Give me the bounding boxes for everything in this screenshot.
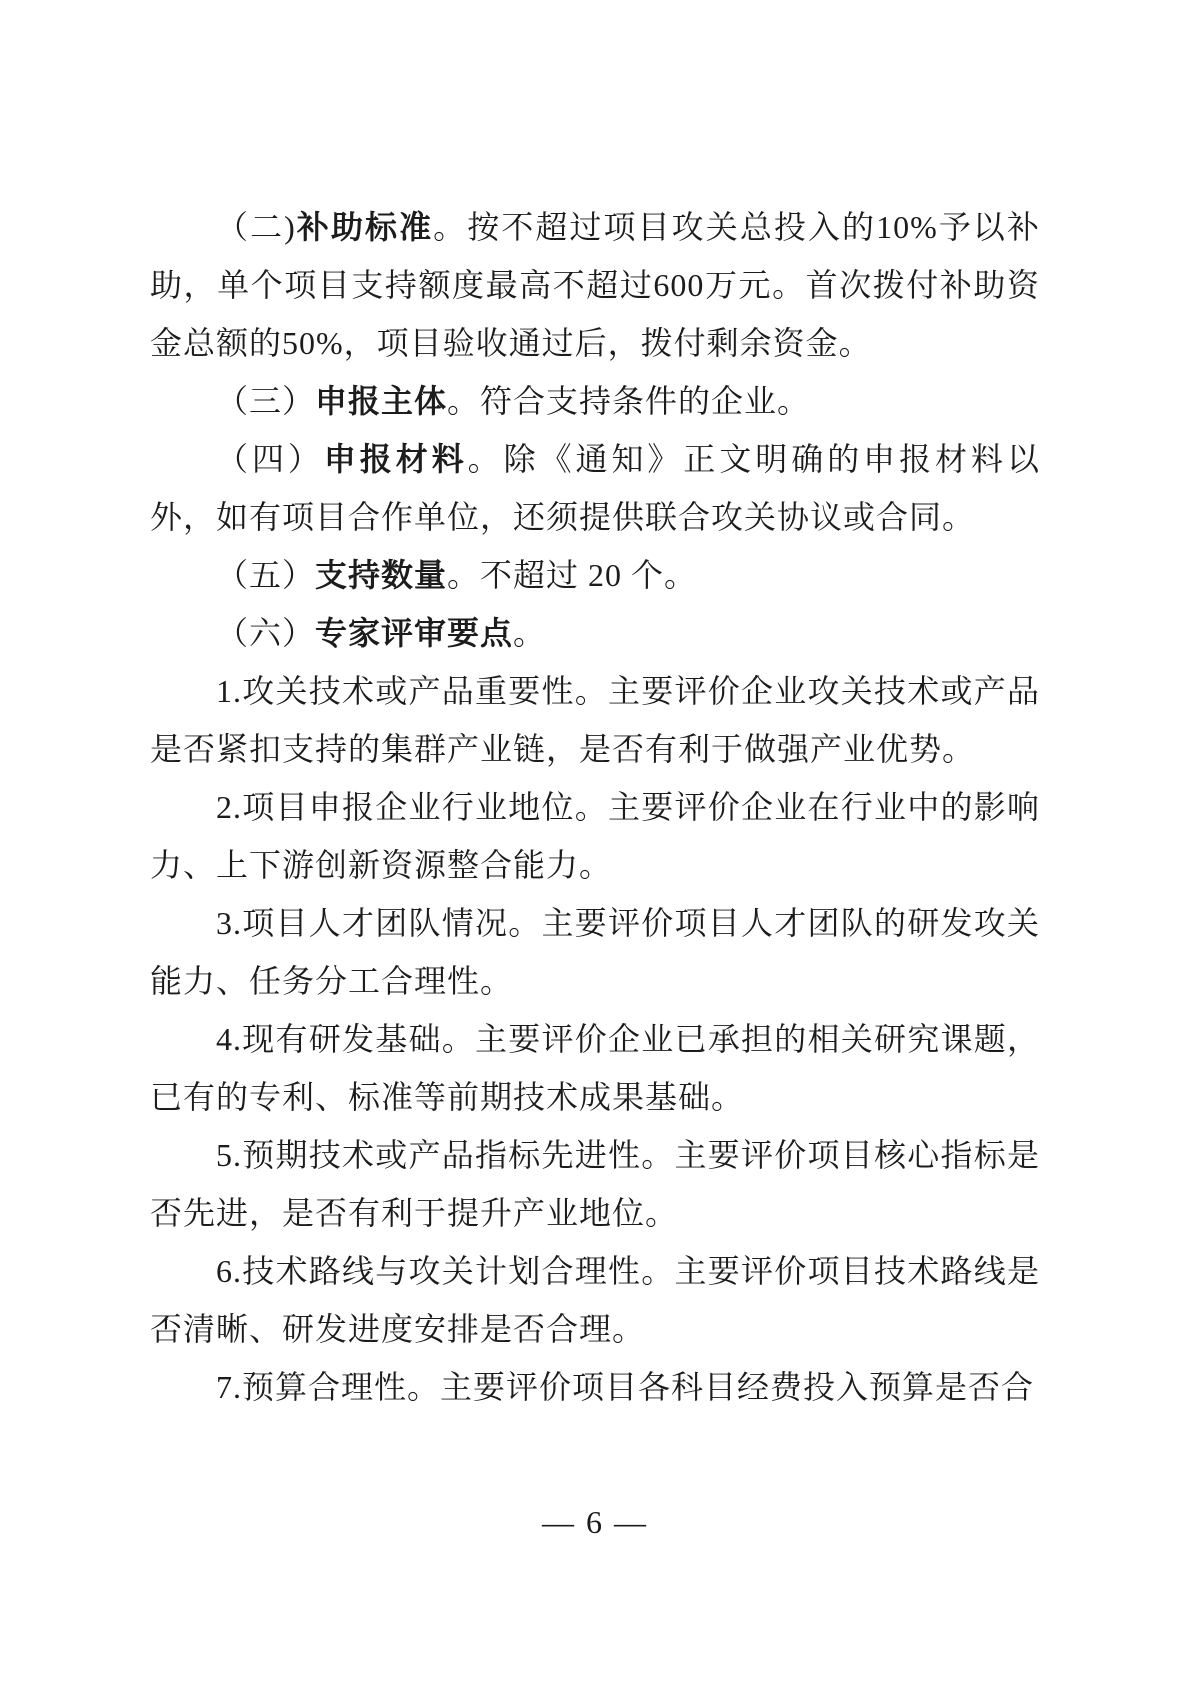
- text-run: 2.项目申报企业行业地位。主要评价企业在行业中的影响力、上下游创新资源整合能力。: [150, 789, 1040, 883]
- text-run: （四）: [216, 441, 324, 477]
- heading-run: 申报材料: [324, 441, 468, 477]
- paragraph-sec-5-quantity: （五）支持数量。不超过 20 个。: [150, 546, 1040, 604]
- paragraph-point-3: 3.项目人才团队情况。主要评价项目人才团队的研发攻关能力、任务分工合理性。: [150, 894, 1040, 1010]
- document-page: （二)补助标准。按不超过项目攻关总投入的10%予以补助，单个项目支持额度最高不超…: [0, 0, 1190, 1683]
- paragraph-point-5: 5.预期技术或产品指标先进性。主要评价项目核心指标是否先进，是否有利于提升产业地…: [150, 1126, 1040, 1242]
- paragraph-sec-6-review-points: （六）专家评审要点。: [150, 604, 1040, 662]
- text-run: （三）: [216, 383, 315, 419]
- paragraph-sec-4-materials: （四）申报材料。除《通知》正文明确的申报材料以外，如有项目合作单位，还须提供联合…: [150, 430, 1040, 546]
- text-run: （六）: [216, 615, 315, 651]
- heading-run: 补助标准: [296, 209, 433, 245]
- text-run: 4.现有研发基础。主要评价企业已承担的相关研究课题，已有的专利、标准等前期技术成…: [150, 1021, 1040, 1115]
- paragraph-sec-2-subsidy-standard: （二)补助标准。按不超过项目攻关总投入的10%予以补助，单个项目支持额度最高不超…: [150, 198, 1040, 372]
- paragraph-point-1: 1.攻关技术或产品重要性。主要评价企业攻关技术或产品是否紧扣支持的集群产业链，是…: [150, 662, 1040, 778]
- text-run: 。不超过 20 个。: [447, 557, 697, 593]
- text-run: 3.项目人才团队情况。主要评价项目人才团队的研发攻关能力、任务分工合理性。: [150, 905, 1040, 999]
- text-run: 5.预期技术或产品指标先进性。主要评价项目核心指标是否先进，是否有利于提升产业地…: [150, 1137, 1040, 1231]
- paragraph-point-2: 2.项目申报企业行业地位。主要评价企业在行业中的影响力、上下游创新资源整合能力。: [150, 778, 1040, 894]
- text-run: 6.技术路线与攻关计划合理性。主要评价项目技术路线是否清晰、研发进度安排是否合理…: [150, 1253, 1040, 1347]
- paragraph-sec-3-applicant: （三）申报主体。符合支持条件的企业。: [150, 372, 1040, 430]
- text-run: （五）: [216, 557, 315, 593]
- text-run: 1.攻关技术或产品重要性。主要评价企业攻关技术或产品是否紧扣支持的集群产业链，是…: [150, 673, 1040, 767]
- text-run: 。符合支持条件的企业。: [447, 383, 810, 419]
- text-run: 。: [513, 615, 546, 651]
- document-body: （二)补助标准。按不超过项目攻关总投入的10%予以补助，单个项目支持额度最高不超…: [150, 198, 1040, 1416]
- heading-run: 专家评审要点: [315, 615, 513, 651]
- heading-run: 支持数量: [315, 557, 447, 593]
- text-run: 7.预算合理性。主要评价项目各科目经费投入预算是否合: [216, 1369, 1034, 1405]
- heading-run: 申报主体: [315, 383, 447, 419]
- paragraph-point-7: 7.预算合理性。主要评价项目各科目经费投入预算是否合: [150, 1358, 1040, 1416]
- text-run: （二): [216, 209, 296, 245]
- paragraph-point-6: 6.技术路线与攻关计划合理性。主要评价项目技术路线是否清晰、研发进度安排是否合理…: [150, 1242, 1040, 1358]
- page-number: — 6 —: [0, 1502, 1190, 1542]
- paragraph-point-4: 4.现有研发基础。主要评价企业已承担的相关研究课题，已有的专利、标准等前期技术成…: [150, 1010, 1040, 1126]
